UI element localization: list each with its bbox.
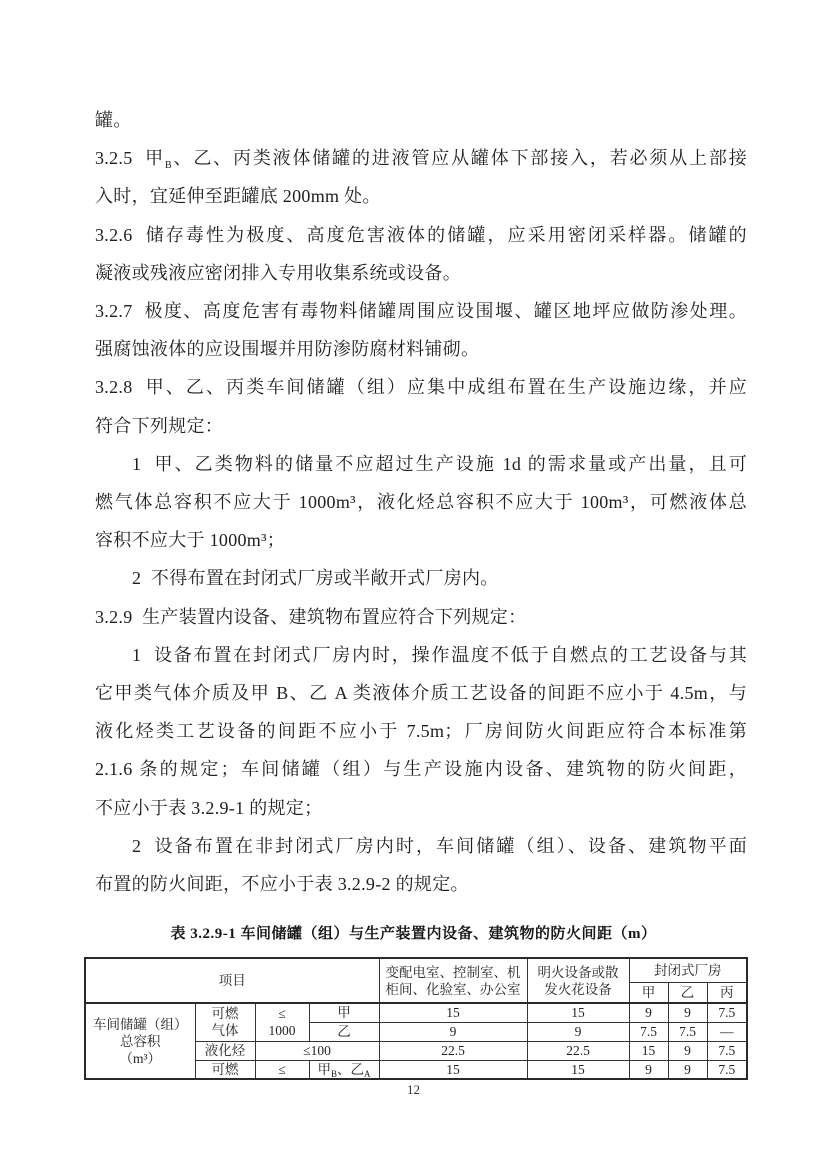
text-line: 它甲类气体介质及甲 B、乙 A 类液体介质工艺设备的间距不应小于 4.5m，与 <box>95 674 747 712</box>
table-cell: 9 <box>668 1060 707 1079</box>
table-cell: ≤ <box>255 1060 309 1079</box>
table-cell: 9 <box>629 1003 668 1022</box>
table-cell: 甲 <box>309 1003 379 1022</box>
table-cell: ≤ 1000 <box>255 1003 309 1041</box>
table-cell: 15 <box>527 1003 629 1022</box>
text-line: 不应小于表 3.2.9-1 的规定； <box>95 789 747 827</box>
table-row: 车间储罐（组） 总容积 （m³）可燃 气体≤ 1000甲1515997.5 <box>85 1003 747 1022</box>
text-line: 燃气体总容积不应大于 1000m³，液化烃总容积不应大于 100m³，可燃液体总 <box>95 483 747 521</box>
table-cell: 丙 <box>707 983 747 1004</box>
table-cell: 9 <box>629 1060 668 1079</box>
text-line: 入时，宜延伸至距罐底 200mm 处。 <box>95 177 747 215</box>
text-block: 罐。3.2.5 甲B、乙、丙类液体储罐的进液管应从罐体下部接入，若必须从上部接入… <box>95 101 747 903</box>
fire-spacing-table-wrap: 项目变配电室、控制室、机 柜间、化验室、办公室明火设备或散 发火花设备封闭式厂房… <box>84 957 748 1080</box>
text-line: 3.2.9 生产装置内设备、建筑物布置应符合下列规定： <box>95 598 747 636</box>
table-cell: 乙 <box>668 983 707 1004</box>
text-line: 布置的防火间距，不应小于表 3.2.9-2 的规定。 <box>95 865 747 903</box>
subscript: A <box>364 1069 371 1079</box>
table-cell: 封闭式厂房 <box>629 958 747 983</box>
text-line: 3.2.5 甲B、乙、丙类液体储罐的进液管应从罐体下部接入，若必须从上部接 <box>95 139 747 177</box>
table-cell: 9 <box>668 1003 707 1022</box>
text-line: 符合下列规定： <box>95 407 747 445</box>
page-number: 12 <box>0 1082 827 1098</box>
table-cell: 9 <box>527 1022 629 1041</box>
table-cell: 22.5 <box>379 1041 527 1060</box>
table-cell: 可燃 <box>195 1060 255 1079</box>
table-row: 项目变配电室、控制室、机 柜间、化验室、办公室明火设备或散 发火花设备封闭式厂房 <box>85 958 747 983</box>
text-line: 液化烃类工艺设备的间距不应小于 7.5m；厂房间防火间距应符合本标准第 <box>95 712 747 750</box>
table-cell: 9 <box>379 1022 527 1041</box>
text-line: 强腐蚀液体的应设围堰并用防渗防腐材料铺砌。 <box>95 330 747 368</box>
table-cell: 项目 <box>85 958 379 1003</box>
table-cell: 15 <box>379 1003 527 1022</box>
table-cell: 15 <box>527 1060 629 1079</box>
table-cell: 液化烃 <box>195 1041 255 1060</box>
table-header: 项目变配电室、控制室、机 柜间、化验室、办公室明火设备或散 发火花设备封闭式厂房… <box>85 958 747 1003</box>
table-cell: 7.5 <box>707 1060 747 1079</box>
table-cell: ≤100 <box>255 1041 379 1060</box>
table-title: 表 3.2.9-1 车间储罐（组）与生产装置内设备、建筑物的防火间距（m） <box>0 922 827 943</box>
table-cell: 9 <box>668 1041 707 1060</box>
text-line: 3.2.8 甲、乙、丙类车间储罐（组）应集中成组布置在生产设施边缘，并应 <box>95 368 747 406</box>
table-body: 车间储罐（组） 总容积 （m³）可燃 气体≤ 1000甲1515997.5乙99… <box>85 1003 747 1079</box>
text-line: 1 甲、乙类物料的储量不应超过生产设施 1d 的需求量或产出量，且可 <box>95 445 747 483</box>
table-cell: 15 <box>379 1060 527 1079</box>
table-cell: 车间储罐（组） 总容积 （m³） <box>85 1003 195 1079</box>
document-page: 罐。3.2.5 甲B、乙、丙类液体储罐的进液管应从罐体下部接入，若必须从上部接入… <box>0 0 827 1169</box>
table-cell: 15 <box>629 1041 668 1060</box>
table-cell: 22.5 <box>527 1041 629 1060</box>
table-cell: 甲B、乙A <box>309 1060 379 1079</box>
table-cell: 明火设备或散 发火花设备 <box>527 958 629 1003</box>
table-cell: 可燃 气体 <box>195 1003 255 1041</box>
table-cell: 7.5 <box>668 1022 707 1041</box>
text-line: 2 不得布置在封闭式厂房或半敞开式厂房内。 <box>95 559 747 597</box>
text-line: 容积不应大于 1000m³； <box>95 521 747 559</box>
text-line: 凝液或残液应密闭排入专用收集系统或设备。 <box>95 254 747 292</box>
table-cell: 7.5 <box>707 1041 747 1060</box>
text-line: 罐。 <box>95 101 747 139</box>
subscript: B <box>331 1069 337 1079</box>
table-cell: 7.5 <box>629 1022 668 1041</box>
fire-spacing-table: 项目变配电室、控制室、机 柜间、化验室、办公室明火设备或散 发火花设备封闭式厂房… <box>84 957 748 1080</box>
table-cell: 7.5 <box>707 1003 747 1022</box>
text-line: 2 设备布置在非封闭式厂房内时，车间储罐（组）、设备、建筑物平面 <box>95 827 747 865</box>
subscript: B <box>165 160 172 171</box>
text-line: 3.2.7 极度、高度危害有毒物料储罐周围应设围堰、罐区地坪应做防渗处理。 <box>95 292 747 330</box>
text-line: 1 设备布置在封闭式厂房内时，操作温度不低于自燃点的工艺设备与其 <box>95 636 747 674</box>
table-cell: 变配电室、控制室、机 柜间、化验室、办公室 <box>379 958 527 1003</box>
table-cell: — <box>707 1022 747 1041</box>
text-line: 2.1.6 条的规定；车间储罐（组）与生产设施内设备、建筑物的防火间距， <box>95 750 747 788</box>
table-cell: 甲 <box>629 983 668 1004</box>
table-cell: 乙 <box>309 1022 379 1041</box>
text-line: 3.2.6 储存毒性为极度、高度危害液体的储罐，应采用密闭采样器。储罐的 <box>95 216 747 254</box>
